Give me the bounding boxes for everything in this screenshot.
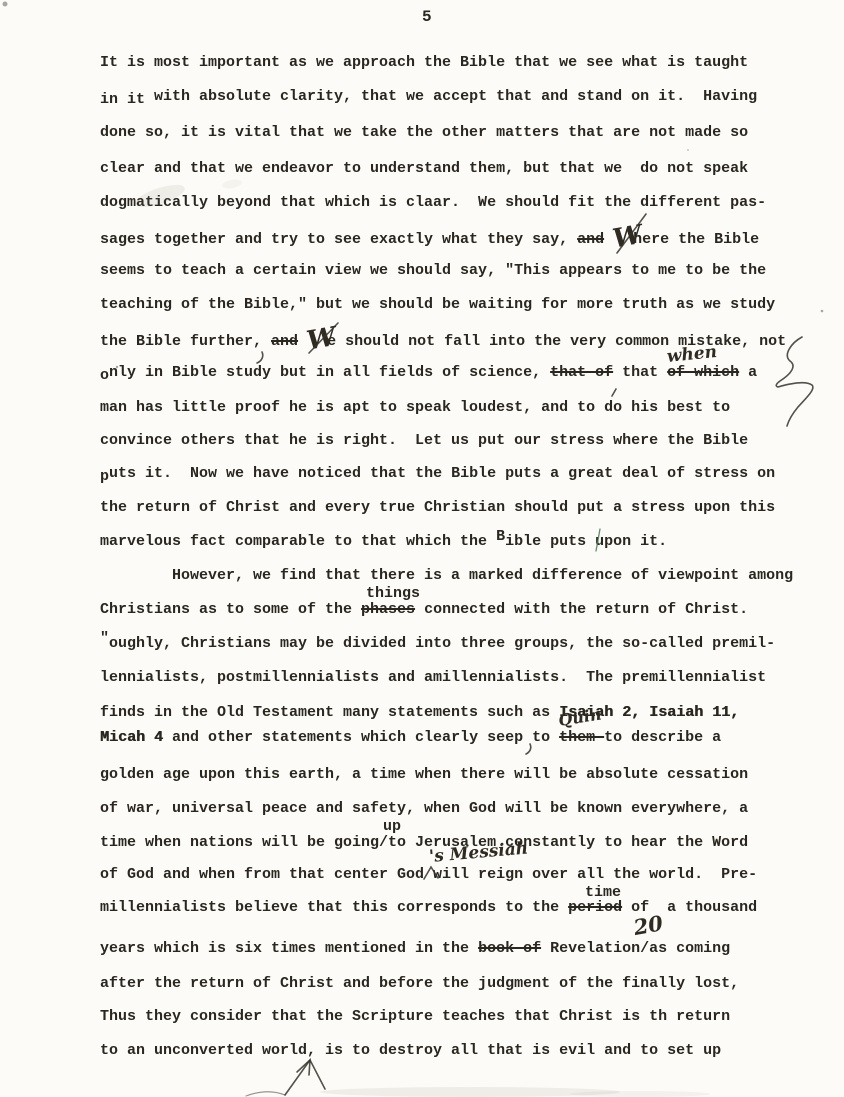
typed-text: the Bible further, — [100, 333, 271, 350]
typed-line: puts it. Now we have noticed that the Bi… — [100, 465, 775, 482]
typed-text: teaching of the Bible," but we should be… — [100, 296, 775, 313]
typed-line: the return of Christ and every true Chri… — [100, 499, 775, 516]
comma-under-further — [257, 352, 263, 363]
typed-text: seems to teach a certain view we should … — [100, 262, 766, 279]
typed-text: sages together and try to see exactly wh… — [100, 231, 577, 248]
typed-line: done so, it is vital that we take the ot… — [100, 124, 748, 141]
typed-text: of war, universal peace and safety, when… — [100, 800, 748, 817]
typed-text: Revelation/as coming — [541, 940, 730, 957]
typed-text: ible puts upon it. — [505, 533, 667, 550]
typed-text: connected with the return of Christ. — [415, 601, 748, 618]
typed-text: to describe a — [604, 729, 721, 746]
typed-insertion: time — [585, 884, 621, 901]
struck-text: period — [568, 899, 622, 916]
typed-text: Micah 4 — [100, 729, 163, 746]
typed-line: finds in the Old Testament many statemen… — [100, 704, 739, 721]
typed-text: to an unconverted world, is to destroy a… — [100, 1042, 721, 1059]
typed-line: golden age upon this earth, a time when … — [100, 766, 748, 783]
typed-line: However, we find that there is a marked … — [172, 567, 793, 584]
scan-smudge — [320, 1087, 620, 1097]
insert-arrow-barb — [297, 1060, 310, 1075]
page-number: 5 — [422, 8, 432, 26]
typed-text: and other statements which clearly seep … — [163, 729, 559, 746]
handwritten-annotation: 20 — [632, 910, 665, 940]
typed-text: millennialists believe that this corresp… — [100, 899, 568, 916]
handwritten-capital-w: W — [612, 229, 634, 247]
typed-text: convince others that he is right. Let us… — [100, 432, 748, 449]
typed-line: of God and when from that center God wil… — [100, 866, 757, 883]
typed-line: man has little proof he is apt to speak … — [100, 399, 730, 416]
typed-text: of God and when from that center God wil… — [100, 866, 757, 883]
typed-line: Christians as to some of the phases conn… — [100, 601, 748, 618]
margin-squiggle — [776, 337, 813, 426]
scan-speck — [3, 2, 8, 7]
typed-line: It is most important as we approach the … — [100, 54, 748, 71]
typed-text: in it — [100, 91, 145, 108]
scan-speck — [687, 149, 689, 151]
typed-text: here the Bible — [633, 231, 759, 248]
typed-text: a — [739, 364, 757, 381]
apostrophe-over-do — [612, 389, 616, 396]
typed-line: seems to teach a certain view we should … — [100, 262, 766, 279]
typed-text: It is most important as we approach the … — [100, 54, 748, 71]
typed-line: sages together and try to see exactly wh… — [100, 228, 759, 248]
typed-line: convince others that he is right. Let us… — [100, 432, 748, 449]
scan-smudge — [221, 178, 242, 189]
typed-line: to an unconverted world, is to destroy a… — [100, 1042, 721, 1059]
typed-text: marvelous fact comparable to that which … — [100, 533, 496, 550]
typed-text: the return of Christ and every true Chri… — [100, 499, 775, 516]
typed-text: B — [496, 528, 505, 545]
typed-line: marvelous fact comparable to that which … — [100, 533, 667, 550]
typed-text: finds in the Old Testament many statemen… — [100, 704, 559, 721]
typed-line: Thus they consider that the Scripture te… — [100, 1008, 730, 1025]
typed-line: of war, universal peace and safety, when… — [100, 800, 748, 817]
typed-text: years which is six times mentioned in th… — [100, 940, 478, 957]
typed-text: time when nations will be going/to Jerus… — [100, 834, 748, 851]
typed-text: lennialists, postmillennialists and amil… — [100, 669, 766, 686]
typed-text: Thus they consider that the Scripture te… — [100, 1008, 730, 1025]
typed-line: dogmatically beyond that which is claar.… — [100, 194, 766, 211]
typed-text: after the return of Christ and before th… — [100, 975, 739, 992]
typed-text: clear and that we endeavor to understand… — [100, 160, 748, 177]
insert-arrow-legs — [285, 1060, 325, 1095]
struck-text: them- — [559, 729, 604, 746]
scan-smudge — [570, 1091, 710, 1097]
typed-line: time when nations will be going/to Jerus… — [100, 834, 748, 851]
struck-text: phases — [361, 601, 415, 618]
scan-speck — [821, 310, 824, 313]
struck-text: book of — [478, 940, 541, 957]
struck-text: of which — [667, 364, 739, 381]
typed-text: uts it. Now we have noticed that the Bib… — [109, 465, 775, 482]
struck-text: that of — [550, 364, 613, 381]
typed-text: However, we find that there is a marked … — [172, 567, 793, 584]
struck-text: and — [271, 333, 298, 350]
typed-line: after the return of Christ and before th… — [100, 975, 739, 992]
typed-line: "oughly, Christians may be divided into … — [100, 635, 775, 652]
typed-line: lennialists, postmillennialists and amil… — [100, 669, 766, 686]
typed-text: o — [100, 367, 109, 384]
typed-text: " — [100, 630, 109, 647]
typed-line: clear and that we endeavor to understand… — [100, 160, 748, 177]
typed-insertion: up — [383, 818, 401, 835]
typed-line: in it with absolute clarity, that we acc… — [100, 88, 757, 105]
typed-line: Micah 4 and other statements which clear… — [100, 729, 721, 746]
typed-line: teaching of the Bible," but we should be… — [100, 296, 775, 313]
scanned-typewritten-page: 5 It is most important as we approach th… — [0, 0, 844, 1097]
typed-insertion: things — [366, 585, 420, 602]
typed-text: dogmatically beyond that which is claar.… — [100, 194, 766, 211]
insert-arrow-tail — [246, 1092, 285, 1096]
struck-text: and — [577, 231, 604, 248]
typed-text: nly in Bible study but in all fields of … — [109, 364, 550, 381]
typed-text: man has little proof he is apt to speak … — [100, 399, 730, 416]
typed-text: e should not fall into the very common m… — [327, 333, 786, 350]
typed-text: p — [100, 468, 109, 485]
typed-text: done so, it is vital that we take the ot… — [100, 124, 748, 141]
typed-text: that — [613, 364, 667, 381]
typed-text: Christians as to some of the — [100, 601, 361, 618]
typed-text: with absolute clarity, that we accept th… — [145, 88, 757, 105]
typed-line: only in Bible study but in all fields of… — [100, 364, 757, 381]
typed-line: years which is six times mentioned in th… — [100, 940, 730, 957]
handwritten-capital-w: W — [306, 331, 328, 349]
typed-text: oughly, Christians may be divided into t… — [109, 635, 775, 652]
typed-text: golden age upon this earth, a time when … — [100, 766, 748, 783]
